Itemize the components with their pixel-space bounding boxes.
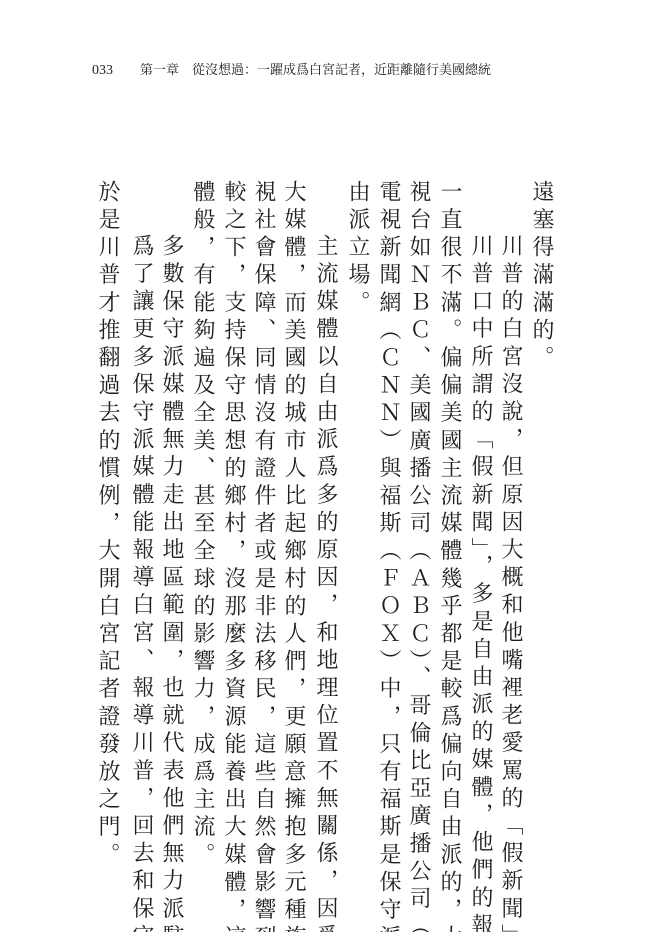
text-column: 於是川普才推翻過去的慣例，大開白宮記者證發放之門。: [94, 180, 120, 820]
text-column: 體般，有能夠遍及全美、甚至全球的影響力，成爲主流。: [189, 180, 215, 820]
text-column: 川普口中所謂的「假新聞」，多是自由派的媒體，他們的報導，讓保守派的川普: [467, 234, 493, 874]
text-column: 遠塞得滿滿的。: [528, 180, 554, 820]
text-column: 電視新聞網（ＣＮＮ）與福斯（ＦＯＸ）中，只有福斯是保守派媒體，其餘都傾向自: [375, 180, 401, 820]
body-text: 遠塞得滿滿的。 川普的白宮沒說，但原因大概和他嘴裡老愛罵的「假新聞」有關。 川普…: [0, 0, 663, 932]
text-column: 大媒體，而美國的城市人比起鄉村的人們，更願意擁抱多元種族、包容不同性向、重: [280, 180, 306, 820]
text-column: 一直很不滿。偏偏美國主流媒體幾乎都是較爲偏向自由派的，大家耳熟能詳的幾家電: [436, 180, 462, 820]
text-column: 爲了讓更多保守派媒體能報導白宮、報導川普，回去和保守派選民說川普的好，: [128, 234, 154, 874]
text-column: 主流媒體以自由派爲多的原因，和地理位置不無關係，因爲只有大城市有財力養: [312, 234, 338, 874]
text-column: 較之下，支持保守思想的鄉村，沒那麼多資源能養出大媒體，這導致他們無法像大媒: [220, 180, 246, 820]
text-column: 視社會保障、同情沒有證件者或是非法移民，這些自然會影響到主流媒體的立場。相: [250, 180, 276, 820]
text-column: 川普的白宮沒說，但原因大概和他嘴裡老愛罵的「假新聞」有關。: [497, 234, 523, 874]
text-column: 視台如ＮＢＣ、美國廣播公司（ＡＢＣ）、哥倫比亞廣播公司（ＣＢＳ）、美國有線: [405, 180, 431, 820]
text-column: 多數保守派媒體無力走出地區範圍，也就代表他們無力派駐專門跑白宮的記者。: [158, 234, 184, 874]
text-column: 由派立場。: [344, 180, 370, 820]
